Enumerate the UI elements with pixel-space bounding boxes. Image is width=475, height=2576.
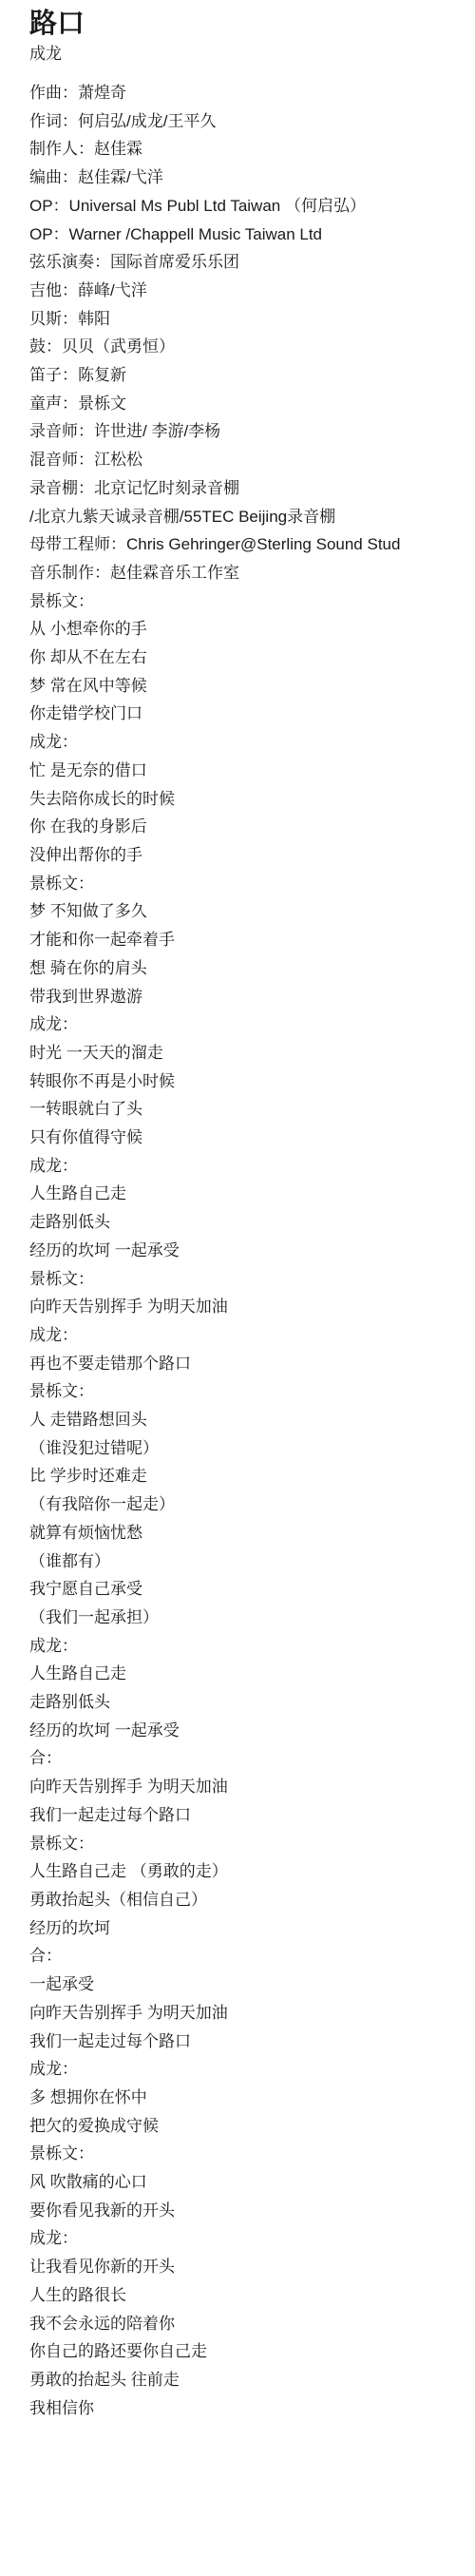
credit-line: 作词：何启弘/成龙/王平久 bbox=[29, 107, 475, 136]
lyric-line: 人 走错路想回头 bbox=[29, 1406, 475, 1434]
credit-line: 录音师：许世进/ 李游/李杨 bbox=[29, 417, 475, 446]
lyric-line: 成龙： bbox=[29, 2224, 475, 2253]
lyric-line: 经历的坎坷 一起承受 bbox=[29, 1237, 475, 1265]
lyric-line: 时光 一天天的溜走 bbox=[29, 1039, 475, 1067]
lyrics-page: 路口 成龙 作曲：萧煌奇作词：何启弘/成龙/王平久制作人：赵佳霖编曲：赵佳霖/弋… bbox=[0, 0, 475, 2422]
lyric-line: 你 却从不在左右 bbox=[29, 644, 475, 672]
credit-line: 音乐制作：赵佳霖音乐工作室 bbox=[29, 559, 475, 587]
lyric-line: 没伸出帮你的手 bbox=[29, 841, 475, 870]
lyric-line: 就算有烦恼忧愁 bbox=[29, 1519, 475, 1548]
credit-line: /北京九紫天诚录音棚/55TEC Beijing录音棚 bbox=[29, 503, 475, 531]
lyric-line: 走路别低头 bbox=[29, 1688, 475, 1717]
lyric-line: 想 骑在你的肩头 bbox=[29, 954, 475, 983]
lyric-line: 你走错学校门口 bbox=[29, 700, 475, 728]
lyric-line: （有我陪你一起走） bbox=[29, 1490, 475, 1519]
lyrics-section: 景栎文：从 小想牵你的手你 却从不在左右梦 常在风中等候你走错学校门口成龙：忙 … bbox=[29, 587, 475, 2423]
lyric-line: 梦 不知做了多久 bbox=[29, 897, 475, 926]
credit-line: 母带工程师：Chris Gehringer@Sterling Sound Stu… bbox=[29, 530, 475, 559]
lyric-line: 合： bbox=[29, 1744, 475, 1773]
credit-line: 制作人：赵佳霖 bbox=[29, 135, 475, 163]
lyric-line: 成龙： bbox=[29, 1010, 475, 1039]
lyric-line: 我宁愿自己承受 bbox=[29, 1575, 475, 1604]
credit-line: OP：Universal Ms Publ Ltd Taiwan （何启弘） bbox=[29, 192, 475, 221]
credit-line: 鼓：贝贝（武勇恒） bbox=[29, 333, 475, 361]
lyric-line: 才能和你一起牵着手 bbox=[29, 926, 475, 954]
lyric-line: 成龙： bbox=[29, 1632, 475, 1661]
lyric-line: 你自己的路还要你自己走 bbox=[29, 2337, 475, 2366]
lyric-line: 让我看见你新的开头 bbox=[29, 2253, 475, 2281]
credit-line: OP：Warner /Chappell Music Taiwan Ltd bbox=[29, 221, 475, 249]
lyric-line: 一起承受 bbox=[29, 1970, 475, 1999]
lyric-line: 成龙： bbox=[29, 1152, 475, 1181]
lyric-line: 我们一起走过每个路口 bbox=[29, 2028, 475, 2056]
lyric-line: 合： bbox=[29, 1942, 475, 1970]
lyric-line: 成龙： bbox=[29, 1321, 475, 1350]
credit-line: 编曲：赵佳霖/弋洋 bbox=[29, 163, 475, 192]
lyric-line: 多 想拥你在怀中 bbox=[29, 2084, 475, 2112]
lyric-line: 向昨天告别挥手 为明天加油 bbox=[29, 1999, 475, 2028]
song-title: 路口 bbox=[29, 7, 475, 42]
lyric-line: 勇敢抬起头（相信自己） bbox=[29, 1886, 475, 1914]
credit-line: 贝斯：韩阳 bbox=[29, 305, 475, 334]
lyric-line: 成龙： bbox=[29, 728, 475, 757]
lyric-line: 景栎文： bbox=[29, 870, 475, 898]
lyric-line: 向昨天告别挥手 为明天加油 bbox=[29, 1773, 475, 1801]
credits-section: 作曲：萧煌奇作词：何启弘/成龙/王平久制作人：赵佳霖编曲：赵佳霖/弋洋OP：Un… bbox=[29, 79, 475, 587]
lyric-line: 景栎文： bbox=[29, 1830, 475, 1858]
credit-line: 笛子：陈复新 bbox=[29, 361, 475, 390]
lyric-line: 我们一起走过每个路口 bbox=[29, 1801, 475, 1830]
lyric-line: （谁都有） bbox=[29, 1548, 475, 1576]
artist-name: 成龙 bbox=[29, 42, 475, 67]
lyric-line: 经历的坎坷 bbox=[29, 1914, 475, 1943]
credit-line: 吉他：薛峰/弋洋 bbox=[29, 277, 475, 305]
lyric-line: 忙 是无奈的借口 bbox=[29, 757, 475, 785]
lyric-line: 从 小想牵你的手 bbox=[29, 615, 475, 644]
credit-line: 作曲：萧煌奇 bbox=[29, 79, 475, 107]
lyric-line: 走路别低头 bbox=[29, 1208, 475, 1237]
lyric-line: （谁没犯过错呢） bbox=[29, 1434, 475, 1463]
lyric-line: 再也不要走错那个路口 bbox=[29, 1350, 475, 1378]
lyric-line: 失去陪你成长的时候 bbox=[29, 785, 475, 814]
lyric-line: 景栎文： bbox=[29, 587, 475, 616]
lyric-line: （我们一起承担） bbox=[29, 1604, 475, 1632]
lyric-line: 成龙： bbox=[29, 2055, 475, 2084]
lyric-line: 景栎文： bbox=[29, 2140, 475, 2168]
lyric-line: 人生的路很长 bbox=[29, 2281, 475, 2310]
credit-line: 混音师：江松松 bbox=[29, 446, 475, 474]
lyric-line: 景栎文： bbox=[29, 1265, 475, 1294]
lyric-line: 一转眼就白了头 bbox=[29, 1095, 475, 1124]
lyric-line: 勇敢的抬起头 往前走 bbox=[29, 2366, 475, 2394]
lyric-line: 只有你值得守候 bbox=[29, 1124, 475, 1152]
lyric-line: 梦 常在风中等候 bbox=[29, 672, 475, 701]
lyric-line: 我不会永远的陪着你 bbox=[29, 2310, 475, 2338]
lyric-line: 人生路自己走 （勇敢的走） bbox=[29, 1857, 475, 1886]
lyric-line: 向昨天告别挥手 为明天加油 bbox=[29, 1293, 475, 1321]
lyric-line: 我相信你 bbox=[29, 2394, 475, 2423]
lyric-line: 要你看见我新的开头 bbox=[29, 2197, 475, 2225]
lyric-line: 带我到世界遨游 bbox=[29, 983, 475, 1011]
lyric-line: 人生路自己走 bbox=[29, 1180, 475, 1208]
lyric-line: 转眼你不再是小时候 bbox=[29, 1067, 475, 1096]
credit-line: 录音棚：北京记忆时刻录音棚 bbox=[29, 474, 475, 503]
credit-line: 童声：景栎文 bbox=[29, 390, 475, 418]
lyric-line: 你 在我的身影后 bbox=[29, 813, 475, 841]
lyric-line: 比 学步时还难走 bbox=[29, 1462, 475, 1490]
lyric-line: 风 吹散痛的心口 bbox=[29, 2168, 475, 2197]
lyric-line: 人生路自己走 bbox=[29, 1660, 475, 1688]
lyric-line: 景栎文： bbox=[29, 1377, 475, 1406]
credit-line: 弦乐演奏：国际首席爱乐乐团 bbox=[29, 248, 475, 277]
lyric-line: 经历的坎坷 一起承受 bbox=[29, 1717, 475, 1745]
lyric-line: 把欠的爱换成守候 bbox=[29, 2112, 475, 2141]
